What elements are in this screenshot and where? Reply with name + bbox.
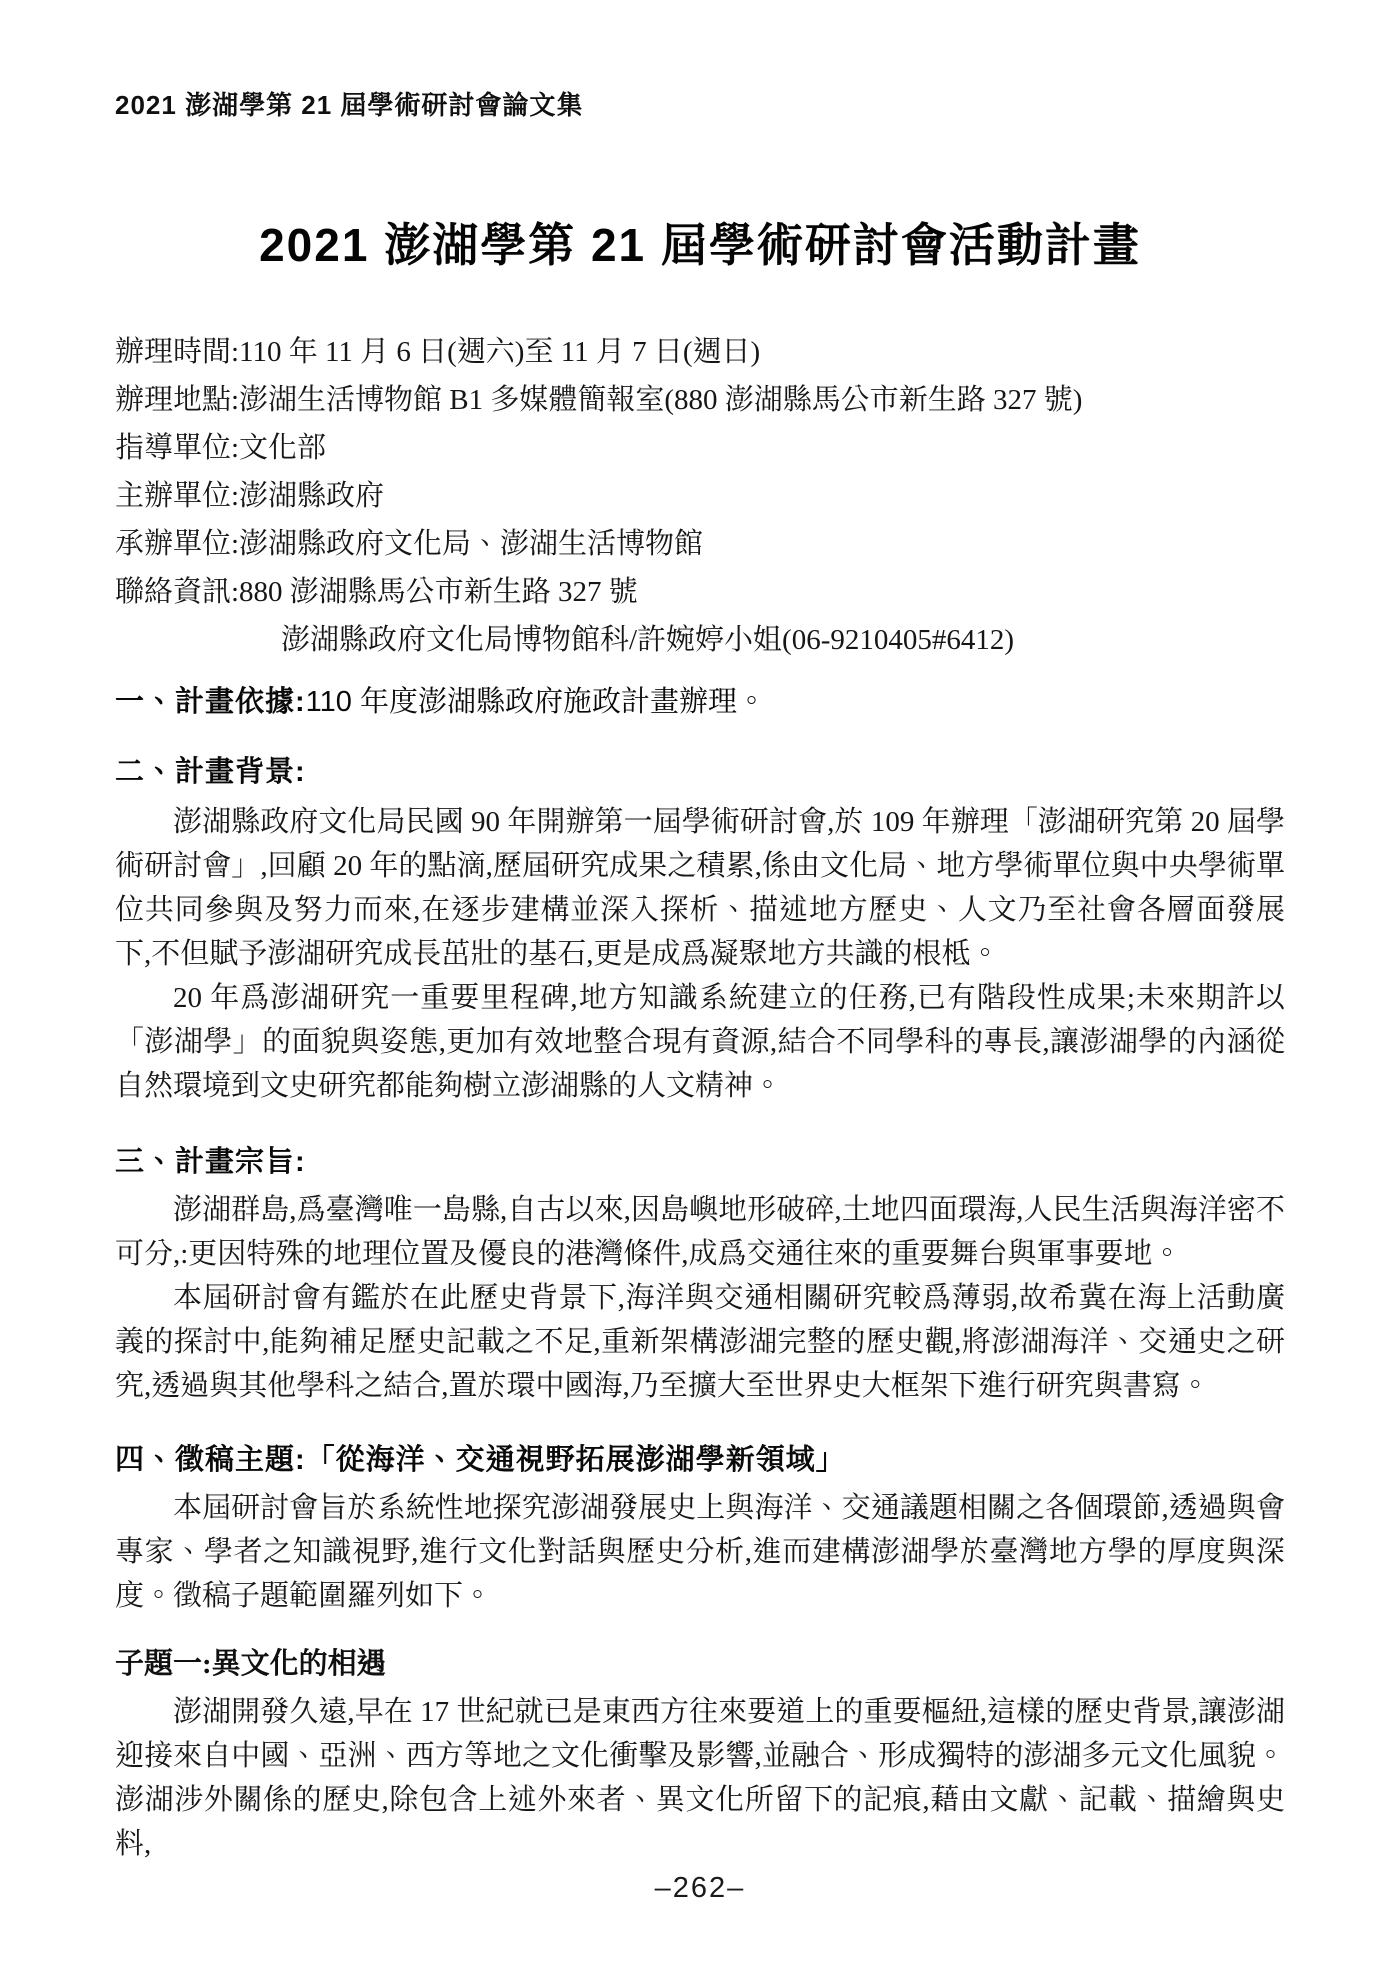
section-3-body: 澎湖群島,爲臺灣唯一島縣,自古以來,因島嶼地形破碎,土地四面環海,人民生活與海洋… [115, 1188, 1285, 1408]
section-1-text: 110 年度澎湖縣政府施政計畫辦理。 [306, 686, 766, 718]
info-line-contact: 聯絡資訊:880 澎湖縣馬公市新生路 327 號 [115, 568, 1285, 616]
section-3-paragraph-1: 澎湖群島,爲臺灣唯一島縣,自古以來,因島嶼地形破碎,土地四面環海,人民生活與海洋… [115, 1188, 1285, 1276]
section-4-paragraph-1: 本屆研討會旨於系統性地探究澎湖發展史上與海洋、交通議題相關之各個環節,透過與會專… [115, 1486, 1285, 1618]
info-line-advisor: 指導單位:文化部 [115, 424, 1285, 472]
section-3-heading: 三、計畫宗旨: [115, 1142, 1285, 1182]
subtopic-1-body: 澎湖開發久遠,早在 17 世紀就已是東西方往來要道上的重要樞紐,這樣的歷史背景,… [115, 1690, 1285, 1866]
section-3-paragraph-2: 本屆研討會有鑑於在此歷史背景下,海洋與交通相關研究較爲薄弱,故希冀在海上活動廣義… [115, 1276, 1285, 1408]
event-info-block: 辦理時間:110 年 11 月 6 日(週六)至 11 月 7 日(週日) 辦理… [115, 328, 1285, 664]
section-1-basis: 一、計畫依據:110 年度澎湖縣政府施政計畫辦理。 [115, 682, 1285, 722]
section-2-heading: 二、計畫背景: [115, 752, 1285, 792]
section-4-body: 本屆研討會旨於系統性地探究澎湖發展史上與海洋、交通議題相關之各個環節,透過與會專… [115, 1486, 1285, 1618]
info-line-organizer: 主辦單位:澎湖縣政府 [115, 472, 1285, 520]
document-page: 2021 澎湖學第 21 屆學術研討會論文集 2021 澎湖學第 21 屆學術研… [0, 0, 1400, 1980]
info-line-time: 辦理時間:110 年 11 月 6 日(週六)至 11 月 7 日(週日) [115, 328, 1285, 376]
subtopic-1-paragraph-1: 澎湖開發久遠,早在 17 世紀就已是東西方往來要道上的重要樞紐,這樣的歷史背景,… [115, 1690, 1285, 1866]
info-line-place: 辦理地點:澎湖生活博物館 B1 多媒體簡報室(880 澎湖縣馬公市新生路 327… [115, 376, 1285, 424]
section-2-body: 澎湖縣政府文化局民國 90 年開辦第一屆學術研討會,於 109 年辦理「澎湖研究… [115, 800, 1285, 1108]
subtopic-1-heading: 子題一:異文化的相遇 [115, 1644, 1285, 1684]
section-2-paragraph-2: 20 年爲澎湖研究一重要里程碑,地方知識系統建立的任務,已有階段性成果;未來期許… [115, 976, 1285, 1108]
section-2-paragraph-1: 澎湖縣政府文化局民國 90 年開辦第一屆學術研討會,於 109 年辦理「澎湖研究… [115, 800, 1285, 976]
info-line-executor: 承辦單位:澎湖縣政府文化局、澎湖生活博物館 [115, 520, 1285, 568]
section-4-heading: 四、徵稿主題:「從海洋、交通視野拓展澎湖學新領域」 [115, 1440, 1285, 1480]
info-line-contact-person: 澎湖縣政府文化局博物館科/許婉婷小姐(06-9210405#6412) [115, 616, 1285, 664]
running-header: 2021 澎湖學第 21 屆學術研討會論文集 [115, 88, 1285, 122]
section-1-heading: 一、計畫依據: [115, 686, 306, 718]
document-title: 2021 澎湖學第 21 屆學術研討會活動計畫 [115, 214, 1285, 276]
page-number: –262– [0, 1872, 1400, 1905]
